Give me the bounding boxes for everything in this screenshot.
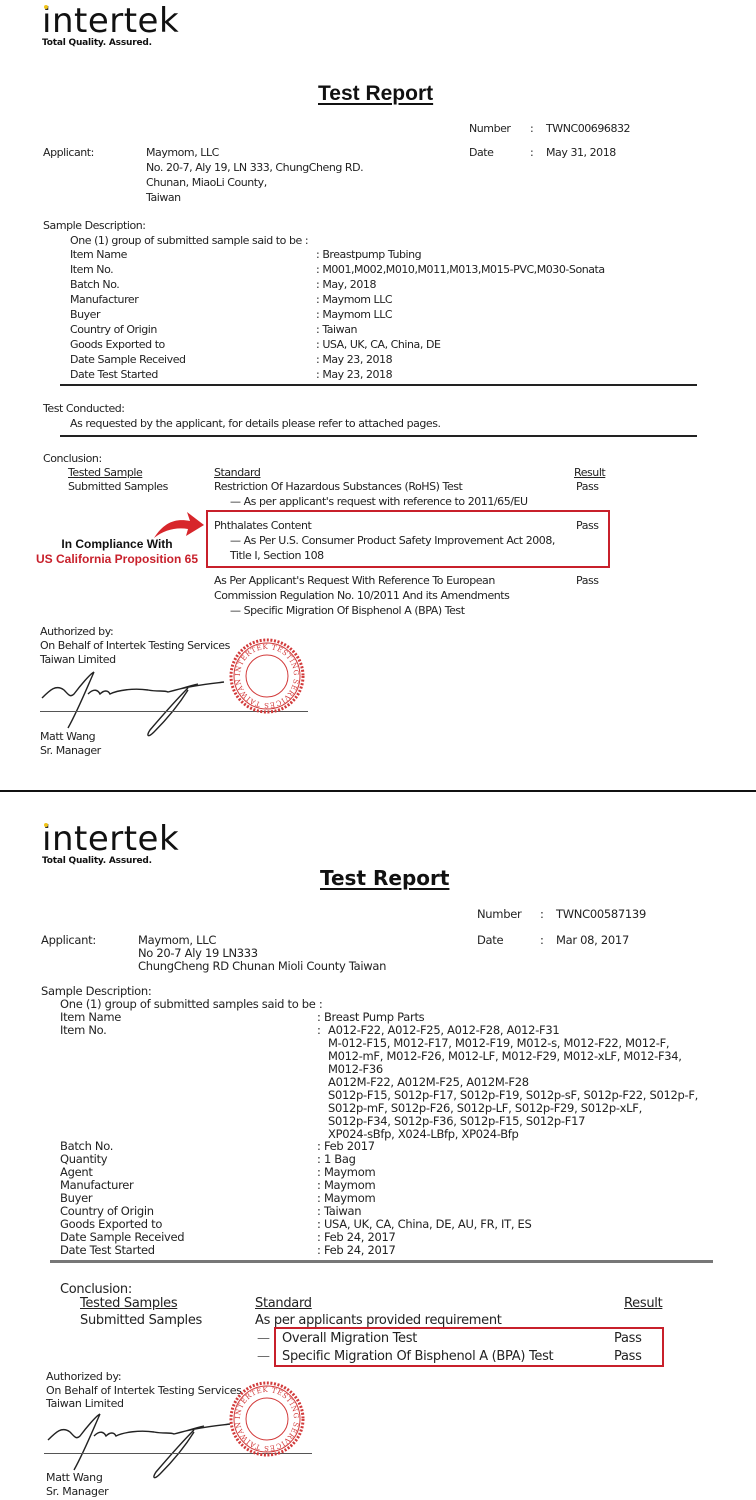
applicant-line: Chunan, MiaoLi County,: [146, 175, 363, 190]
test-bpa-migration: Specific Migration Of Bisphenol A (BPA) …: [282, 1348, 553, 1366]
on-behalf-text: On Behalf of Intertek Testing Services: [46, 1384, 242, 1398]
field-label: Goods Exported to: [70, 337, 316, 352]
field-value-text: May, 2018: [322, 278, 376, 291]
signer-title: Sr. Manager: [40, 744, 101, 758]
field-label: Country of Origin: [70, 322, 316, 337]
callout-line-1: In Compliance With: [22, 537, 212, 552]
signer-name: Matt Wang: [46, 1471, 108, 1485]
applicant-line: Maymom, LLC: [146, 145, 363, 160]
conclusion-row-bpa: As Per Applicant's Request With Referenc…: [214, 573, 509, 618]
logo-wordmark: intertek: [42, 4, 179, 38]
date-colon: :: [530, 145, 533, 160]
section-divider: [60, 435, 697, 437]
field-value-text: Feb 24, 2017: [324, 1243, 396, 1257]
field-colon: :: [317, 1204, 324, 1218]
section-divider: [50, 1260, 713, 1263]
section-divider: [60, 384, 697, 386]
number-colon: :: [540, 908, 544, 921]
field-colon: :: [317, 1165, 324, 1179]
field-value-text: Taiwan: [322, 323, 357, 336]
stamp-text: INTERTEK TESTING SERVICES TAIWAN LTD: [228, 637, 300, 709]
report-date: May 31, 2018: [546, 145, 616, 160]
field-value-text: Maymom: [324, 1178, 375, 1192]
item-no-colon: :: [317, 1024, 321, 1037]
field-value-text: Taiwan: [324, 1204, 361, 1218]
field-colon: :: [317, 1217, 324, 1231]
field-value: : Taiwan: [316, 322, 357, 337]
applicant-label: Applicant:: [43, 145, 94, 160]
field-value-text: Maymom LLC: [322, 293, 392, 306]
logo-wordmark: intertek: [42, 822, 179, 856]
header-standard: Standard: [255, 1296, 312, 1312]
applicant-line: ChungCheng RD Chunan Mioli County Taiwan: [138, 960, 386, 973]
sample-field-row: Buyer: Maymom LLC: [70, 307, 605, 322]
callout-line-2: US California Proposition 65: [22, 552, 212, 567]
company-name: Taiwan Limited: [40, 653, 230, 667]
date-label: Date: [477, 934, 503, 947]
applicant-label: Applicant:: [41, 934, 96, 947]
sample-field-row: Manufacturer: Maymom LLC: [70, 292, 605, 307]
tested-samples-value: Submitted Samples: [80, 1313, 202, 1329]
applicant-address: Maymom, LLC No 20-7 Aly 19 LN333 ChungCh…: [138, 934, 386, 973]
field-value-text: Feb 2017: [324, 1139, 375, 1153]
field-value: : Maymom LLC: [316, 307, 392, 322]
sample-field-row: Manufacturer: Maymom: [60, 1179, 532, 1192]
field-value-text: May 23, 2018: [322, 368, 392, 381]
conclusion-label: Conclusion:: [43, 451, 102, 466]
sample-field-row: Country of Origin: Taiwan: [70, 322, 605, 337]
report-title: Test Report: [318, 82, 433, 106]
sample-field-row: Goods Exported to: USA, UK, CA, China, D…: [70, 337, 605, 352]
standard-text: Title I, Section 108: [214, 548, 555, 563]
sample-fields: Item Name: Breastpump TubingItem No.: M0…: [70, 247, 605, 382]
compliance-callout: In Compliance With US California Proposi…: [22, 537, 212, 567]
sample-fields: Batch No.: Feb 2017Quantity: 1 BagAgent:…: [60, 1140, 532, 1257]
conclusion-results: Pass Pass: [614, 1330, 642, 1366]
report-date: Mar 08, 2017: [556, 934, 629, 947]
applicant-line: Taiwan: [146, 190, 363, 205]
intertek-logo: intertek Total Quality. Assured.: [42, 822, 179, 866]
tested-sample-value: Submitted Samples: [68, 479, 168, 494]
field-value-text: USA, UK, CA, China, DE: [322, 338, 440, 351]
field-colon: :: [317, 1230, 324, 1244]
date-label: Date: [469, 145, 494, 160]
field-value: : May, 2018: [316, 277, 376, 292]
signer-title: Sr. Manager: [46, 1485, 108, 1499]
field-value: : Breastpump Tubing: [316, 247, 421, 262]
header-tested-samples: Tested Samples: [80, 1296, 177, 1312]
result-bpa: Pass: [576, 573, 599, 588]
field-value-text: M001,M002,M010,M011,M013,M015-PVC,M030-S…: [322, 263, 604, 276]
field-colon: :: [317, 1243, 324, 1257]
header-result: Result: [624, 1296, 662, 1312]
header-standard: Standard: [214, 465, 260, 480]
test-report-page-2: intertek Total Quality. Assured. Test Re…: [0, 794, 756, 1500]
report-number: TWNC00696832: [546, 121, 630, 136]
result-overall-migration: Pass: [614, 1330, 642, 1348]
report-number: TWNC00587139: [556, 908, 646, 921]
field-colon: :: [317, 1178, 324, 1192]
conclusion-tests: Overall Migration Test Specific Migratio…: [282, 1330, 553, 1366]
standard-text: Commission Regulation No. 10/2011 And it…: [214, 588, 509, 603]
authorization-block: Authorized by: On Behalf of Intertek Tes…: [46, 1370, 242, 1411]
field-label: Batch No.: [70, 277, 316, 292]
number-label: Number: [469, 121, 511, 136]
authorized-label: Authorized by:: [46, 1370, 242, 1384]
signer-block: Matt Wang Sr. Manager: [40, 730, 101, 758]
field-value-text: Maymom LLC: [322, 308, 392, 321]
field-value-text: USA, UK, CA, China, DE, AU, FR, IT, ES: [324, 1217, 532, 1231]
company-name: Taiwan Limited: [46, 1397, 242, 1411]
standard-text: — Specific Migration Of Bisphenol A (BPA…: [214, 603, 509, 618]
field-value-text: Feb 24, 2017: [324, 1230, 396, 1244]
field-label: Date Sample Received: [70, 352, 316, 367]
standard-text: As Per Applicant's Request With Referenc…: [214, 573, 509, 588]
authorized-label: Authorized by:: [40, 625, 230, 639]
field-colon: :: [317, 1152, 324, 1166]
signer-name: Matt Wang: [40, 730, 101, 744]
applicant-address: Maymom, LLC No. 20-7, Aly 19, LN 333, Ch…: [146, 145, 363, 205]
signer-block: Matt Wang Sr. Manager: [46, 1471, 108, 1498]
test-report-page-1: intertek Total Quality. Assured. Test Re…: [0, 0, 756, 790]
field-label: Item No.: [70, 262, 316, 277]
applicant-line: No. 20-7, Aly 19, LN 333, ChungCheng RD.: [146, 160, 363, 175]
field-label: Manufacturer: [60, 1179, 317, 1192]
field-value: : May 23, 2018: [316, 367, 392, 382]
item-no-line: M012-mF, M012-F26, M012-LF, M012-F29, M0…: [328, 1050, 698, 1063]
authorization-block: Authorized by: On Behalf of Intertek Tes…: [40, 625, 230, 667]
company-stamp-icon: INTERTEK TESTING SERVICES TAIWAN LTD: [228, 1380, 306, 1458]
sample-field-row: Item Name: Breastpump Tubing: [70, 247, 605, 262]
standard-text: Restriction Of Hazardous Substances (RoH…: [214, 479, 528, 494]
number-label: Number: [477, 908, 521, 921]
field-value-text: Maymom: [324, 1191, 375, 1205]
field-value-text: 1 Bag: [324, 1152, 356, 1166]
report-title: Test Report: [320, 866, 449, 890]
result-rohs: Pass: [576, 479, 599, 494]
field-label: Date Test Started: [70, 367, 316, 382]
field-value: : M001,M002,M010,M011,M013,M015-PVC,M030…: [316, 262, 605, 277]
item-no-label: Item No.: [60, 1024, 107, 1037]
intertek-logo: intertek Total Quality. Assured.: [42, 4, 179, 48]
sample-field-row: Date Sample Received: May 23, 2018: [70, 352, 605, 367]
company-stamp-icon: INTERTEK TESTING SERVICES TAIWAN LTD: [228, 637, 306, 715]
field-label: Item Name: [70, 247, 316, 262]
sample-field-row: Quantity: 1 Bag: [60, 1153, 532, 1166]
svg-text:INTERTEK TESTING SERVICES TAIW: INTERTEK TESTING SERVICES TAIWAN LTD: [228, 637, 300, 709]
result-bpa-migration: Pass: [614, 1348, 642, 1366]
page-divider: [0, 790, 756, 792]
header-tested-sample: Tested Sample: [68, 465, 142, 480]
field-label: Quantity: [60, 1153, 317, 1166]
test-overall-migration: Overall Migration Test: [282, 1330, 553, 1348]
conclusion-row-rohs: Restriction Of Hazardous Substances (RoH…: [214, 479, 528, 509]
sample-intro: One (1) group of submitted sample said t…: [70, 233, 308, 248]
sample-description-label: Sample Description:: [43, 218, 146, 233]
conclusion-row-phthalates: Phthalates Content — As Per U.S. Consume…: [214, 518, 555, 563]
field-label: Date Test Started: [60, 1244, 317, 1257]
field-value: : USA, UK, CA, China, DE: [316, 337, 440, 352]
sample-field-row: Batch No.: Feb 2017: [60, 1140, 532, 1153]
header-result: Result: [574, 465, 605, 480]
field-value: : May 23, 2018: [316, 352, 392, 367]
test-conducted-text: As requested by the applicant, for detai…: [70, 416, 441, 431]
sample-field-row: Batch No.: May, 2018: [70, 277, 605, 292]
standard-text: Phthalates Content: [214, 518, 555, 533]
dash-marker: ——: [257, 1330, 270, 1366]
on-behalf-text: On Behalf of Intertek Testing Services: [40, 639, 230, 653]
field-value: : Maymom LLC: [316, 292, 392, 307]
svg-text:INTERTEK TESTING SERVICES TAIW: INTERTEK TESTING SERVICES TAIWAN LTD: [228, 1380, 300, 1452]
result-phthalates: Pass: [576, 518, 599, 533]
item-no-list: A012-F22, A012-F25, A012-F28, A012-F31M-…: [328, 1024, 698, 1141]
field-value-text: Breastpump Tubing: [322, 248, 421, 261]
stamp-text: INTERTEK TESTING SERVICES TAIWAN LTD: [228, 1380, 300, 1452]
test-conducted-label: Test Conducted:: [43, 401, 125, 416]
sample-field-row: Item No.: M001,M002,M010,M011,M013,M015-…: [70, 262, 605, 277]
logo-dot-icon: [44, 5, 48, 9]
item-name: Breast Pump Parts: [324, 1010, 424, 1024]
logo-dot-icon: [44, 823, 48, 827]
field-value-text: Maymom: [324, 1165, 375, 1179]
standard-text: — As per applicant's request with refere…: [214, 494, 528, 509]
field-colon: :: [317, 1191, 324, 1205]
field-label: Manufacturer: [70, 292, 316, 307]
sample-field-row: Date Test Started: May 23, 2018: [70, 367, 605, 382]
field-colon: :: [317, 1139, 324, 1153]
number-colon: :: [530, 121, 533, 136]
sample-field-row: Date Test Started: Feb 24, 2017: [60, 1244, 532, 1257]
standard-text: — As Per U.S. Consumer Product Safety Im…: [214, 533, 555, 548]
field-value-text: May 23, 2018: [322, 353, 392, 366]
field-label: Buyer: [70, 307, 316, 322]
date-colon: :: [540, 934, 544, 947]
field-value: : Feb 24, 2017: [317, 1244, 396, 1257]
